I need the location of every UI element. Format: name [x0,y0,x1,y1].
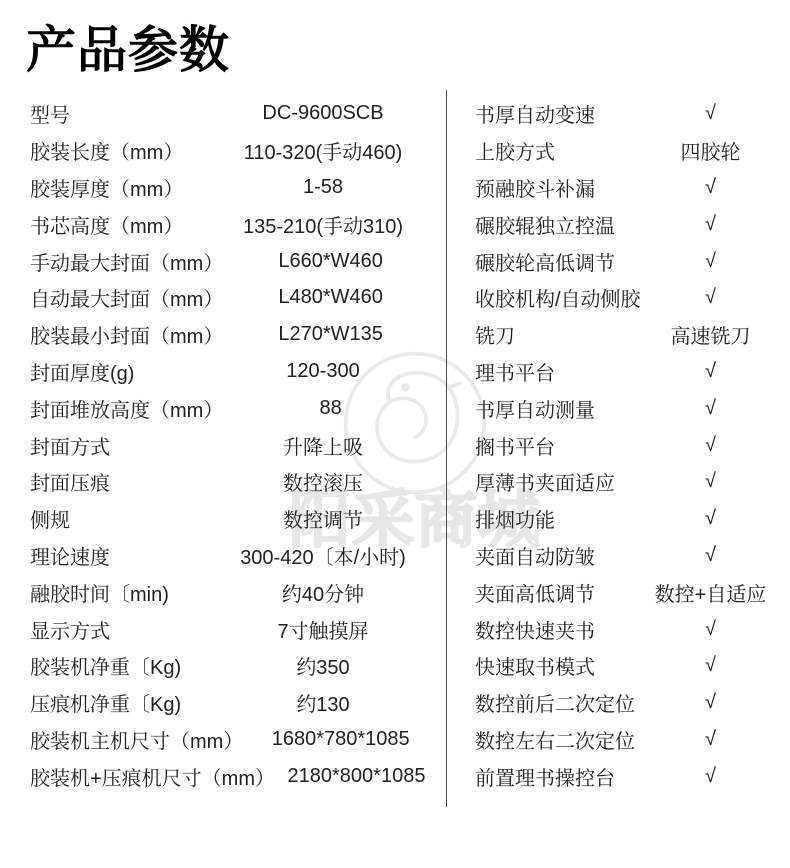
spec-row: 封面堆放高度（mm）88 [30,390,438,427]
spec-label: 数控左右二次定位 [475,725,645,754]
spec-row: 型号DC-9600SCB [30,96,438,133]
spec-value: 升降上吸 [208,431,438,460]
spec-value: 数控+自适应 [645,578,776,607]
spec-row: 封面厚度(g)120-300 [30,353,438,390]
spec-label: 显示方式 [30,615,208,644]
spec-label: 书厚自动测量 [475,394,645,423]
spec-label: 自动最大封面（mm） [30,283,223,312]
spec-value: 88 [223,397,438,420]
spec-label: 书芯高度（mm） [30,210,208,239]
spec-label: 数控快速夹书 [475,615,645,644]
spec-row: 书厚自动测量√ [475,390,776,427]
spec-row: 胶装厚度（mm）1-58 [30,169,438,206]
spec-row: 胶装机主机尺寸（mm）1680*780*1085 [30,721,438,758]
spec-value: √ [645,654,776,677]
spec-label: 收胶机构/自动侧胶 [475,283,645,312]
spec-value: L660*W460 [223,250,438,273]
spec-value: 约40分钟 [208,578,438,607]
spec-row: 胶装机净重〔Kg)约350 [30,647,438,684]
spec-value: √ [645,102,776,125]
spec-label: 封面厚度(g) [30,357,208,386]
spec-label: 压痕机净重〔Kg) [30,688,208,717]
spec-value: 135-210(手动310) [208,210,438,239]
spec-row: 封面压痕数控滚压 [30,463,438,500]
spec-label: 侧规 [30,504,208,533]
spec-row: 排烟功能√ [475,500,776,537]
spec-value: √ [645,618,776,641]
spec-value: √ [645,397,776,420]
spec-value: 数控调节 [208,504,438,533]
spec-row: 侧规数控调节 [30,500,438,537]
spec-value: √ [645,691,776,714]
spec-value: 110-320(手动460) [208,136,438,165]
spec-label: 胶装长度（mm） [30,136,208,165]
spec-value: 300-420〔本/小时) [208,541,438,570]
spec-label: 融胶时间〔min) [30,578,208,607]
spec-value: L480*W460 [223,286,438,309]
spec-row: 数控前后二次定位√ [475,684,776,721]
spec-label: 理论速度 [30,541,208,570]
spec-row: 胶装机+压痕机尺寸（mm）2180*800*1085 [30,758,438,795]
page-title: 产品参数 [0,0,790,80]
spec-label: 排烟功能 [475,504,645,533]
spec-value: √ [645,250,776,273]
spec-label: 理书平台 [475,357,645,386]
spec-row: 胶装长度（mm）110-320(手动460) [30,132,438,169]
spec-label: 封面压痕 [30,467,208,496]
spec-column-left: 型号DC-9600SCB胶装长度（mm）110-320(手动460)胶装厚度（m… [0,90,447,807]
spec-value: 2180*800*1085 [275,765,438,788]
spec-label: 胶装机+压痕机尺寸（mm） [30,762,275,791]
spec-row: 数控快速夹书√ [475,611,776,648]
spec-label: 型号 [30,99,208,128]
spec-value: √ [645,360,776,383]
spec-value: 约350 [208,651,438,680]
spec-value: L270*W135 [223,323,438,346]
spec-row: 胶装最小封面（mm）L270*W135 [30,316,438,353]
spec-value: √ [645,176,776,199]
spec-value: √ [645,470,776,493]
spec-row: 手动最大封面（mm）L660*W460 [30,243,438,280]
spec-row: 厚薄书夹面适应√ [475,463,776,500]
spec-value: DC-9600SCB [208,102,438,125]
spec-value: √ [645,544,776,567]
product-parameters-page: 产品参数 阳采商城 型号DC-9600SCB胶装长度（mm）110-320(手动… [0,0,790,868]
spec-value: √ [645,728,776,751]
spec-value: √ [645,434,776,457]
spec-value: √ [645,286,776,309]
spec-row: 数控左右二次定位√ [475,721,776,758]
spec-value: √ [645,213,776,236]
spec-row: 碾胶轮高低调节√ [475,243,776,280]
spec-value: √ [645,765,776,788]
spec-row: 碾胶辊独立控温√ [475,206,776,243]
spec-row: 理论速度300-420〔本/小时) [30,537,438,574]
spec-value: 四胶轮 [645,136,776,165]
spec-row: 压痕机净重〔Kg)约130 [30,684,438,721]
spec-row: 夹面自动防皱√ [475,537,776,574]
spec-value: 高速铣刀 [645,320,776,349]
spec-label: 夹面自动防皱 [475,541,645,570]
spec-label: 胶装机净重〔Kg) [30,651,208,680]
spec-label: 胶装最小封面（mm） [30,320,223,349]
spec-row: 封面方式升降上吸 [30,427,438,464]
spec-value: 7寸触摸屏 [208,615,438,644]
spec-label: 前置理书操控台 [475,762,645,791]
spec-row: 自动最大封面（mm）L480*W460 [30,279,438,316]
spec-label: 碾胶辊独立控温 [475,210,645,239]
spec-label: 厚薄书夹面适应 [475,467,645,496]
spec-row: 搁书平台√ [475,427,776,464]
spec-label: 搁书平台 [475,431,645,460]
spec-label: 碾胶轮高低调节 [475,247,645,276]
spec-row: 收胶机构/自动侧胶√ [475,279,776,316]
spec-label: 封面方式 [30,431,208,460]
spec-value: 数控滚压 [208,467,438,496]
spec-row: 预融胶斗补漏√ [475,169,776,206]
spec-row: 前置理书操控台√ [475,758,776,795]
spec-label: 铣刀 [475,320,645,349]
spec-label: 封面堆放高度（mm） [30,394,223,423]
spec-row: 书厚自动变速√ [475,96,776,133]
spec-row: 书芯高度（mm）135-210(手动310) [30,206,438,243]
spec-label: 胶装机主机尺寸（mm） [30,725,243,754]
spec-value: 1680*780*1085 [243,728,438,751]
spec-row: 理书平台√ [475,353,776,390]
spec-row: 显示方式7寸触摸屏 [30,611,438,648]
spec-value: 1-58 [208,176,438,199]
spec-label: 快速取书模式 [475,651,645,680]
spec-value: √ [645,507,776,530]
spec-row: 铣刀高速铣刀 [475,316,776,353]
spec-value: 120-300 [208,360,438,383]
spec-row: 快速取书模式√ [475,647,776,684]
spec-table: 型号DC-9600SCB胶装长度（mm）110-320(手动460)胶装厚度（m… [0,90,790,807]
spec-label: 预融胶斗补漏 [475,173,645,202]
spec-label: 上胶方式 [475,136,645,165]
spec-label: 书厚自动变速 [475,99,645,128]
spec-label: 数控前后二次定位 [475,688,645,717]
spec-label: 胶装厚度（mm） [30,173,208,202]
spec-row: 融胶时间〔min)约40分钟 [30,574,438,611]
spec-row: 上胶方式四胶轮 [475,132,776,169]
spec-column-right: 书厚自动变速√上胶方式四胶轮预融胶斗补漏√碾胶辊独立控温√碾胶轮高低调节√收胶机… [447,90,790,807]
spec-label: 手动最大封面（mm） [30,247,223,276]
spec-row: 夹面高低调节数控+自适应 [475,574,776,611]
spec-label: 夹面高低调节 [475,578,645,607]
spec-value: 约130 [208,688,438,717]
